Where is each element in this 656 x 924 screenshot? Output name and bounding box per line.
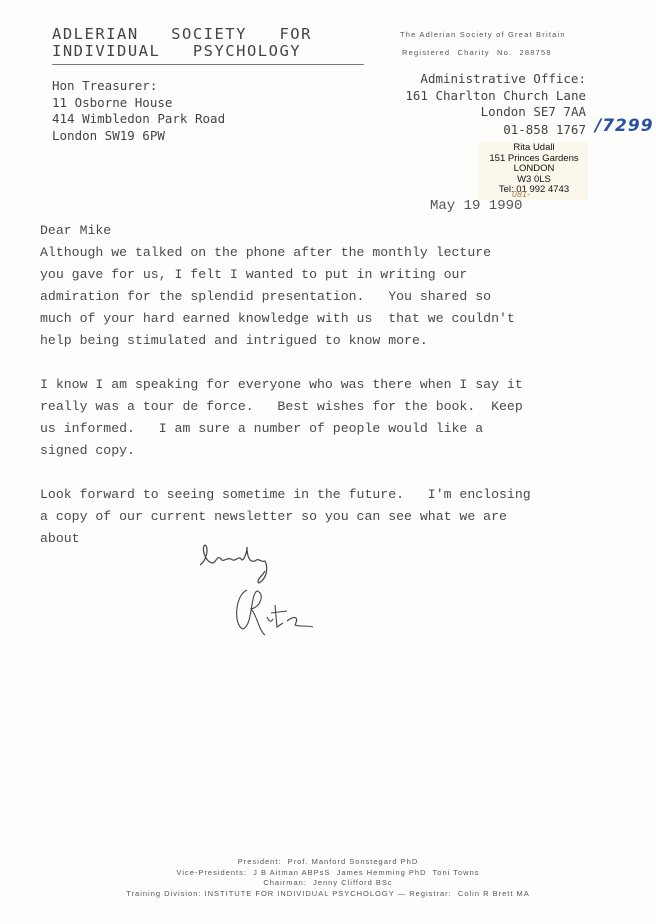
footer-line-vice-presidents: Vice-Presidents: J B Aitman ABPsS James … [0,868,656,879]
paragraph: I know I am speaking for everyone who wa… [40,374,620,462]
paragraph: Although we talked on the phone after th… [40,242,620,352]
organization-name: ADLERIAN SOCIETY FORINDIVIDUAL PSYCHOLOG… [52,26,312,60]
org-name-line-2: INDIVIDUAL PSYCHOLOGY [52,43,312,60]
footer-line-training: Training Division: INSTITUTE FOR INDIVID… [0,889,656,900]
admin-office-line: 161 Charlton Church Lane [405,88,586,105]
treasurer-title: Hon Treasurer: [52,78,225,95]
footer-line-president: President: Prof. Manford Sonstegard PhD [0,857,656,868]
signature-icon [195,535,325,645]
handwritten-signature [195,535,325,649]
treasurer-line: London SW19 6PW [52,128,225,145]
letter-date: May 19 1990 [430,198,522,214]
treasurer-address: Hon Treasurer: 11 Osborne House 414 Wimb… [52,78,225,144]
treasurer-line: 11 Osborne House [52,95,225,112]
letter-body: Dear Mike Although we talked on the phon… [40,220,620,572]
salutation: Dear Mike [40,220,620,242]
admin-office-title: Administrative Office: [405,71,586,88]
society-name: The Adlerian Society of Great Britain [400,30,566,39]
phone-number: 01-858 1767 [503,122,586,137]
charity-number: Registered Charity No. 288758 [402,48,552,57]
stamp-line: Rita Udall [482,143,586,154]
admin-office-line: London SE7 7AA [405,104,586,121]
org-name-line-1: ADLERIAN SOCIETY FOR [52,26,312,43]
admin-office-address: Administrative Office: 161 Charlton Chur… [405,71,586,121]
paragraph: Look forward to seeing sometime in the f… [40,484,620,550]
stamp-line: Tel: 01 992 4743 [482,185,586,196]
address-stamp: Rita Udall 151 Princes Gardens LONDON W3… [482,143,586,196]
handwritten-extension: /7299 [595,116,654,136]
treasurer-line: 414 Wimbledon Park Road [52,111,225,128]
letterhead-footer: President: Prof. Manford Sonstegard PhD … [0,857,656,899]
stamp-line: LONDON [482,164,586,175]
header-divider [52,64,364,65]
footer-line-chairman: Chairman: Jenny Clifford BSc [0,878,656,889]
